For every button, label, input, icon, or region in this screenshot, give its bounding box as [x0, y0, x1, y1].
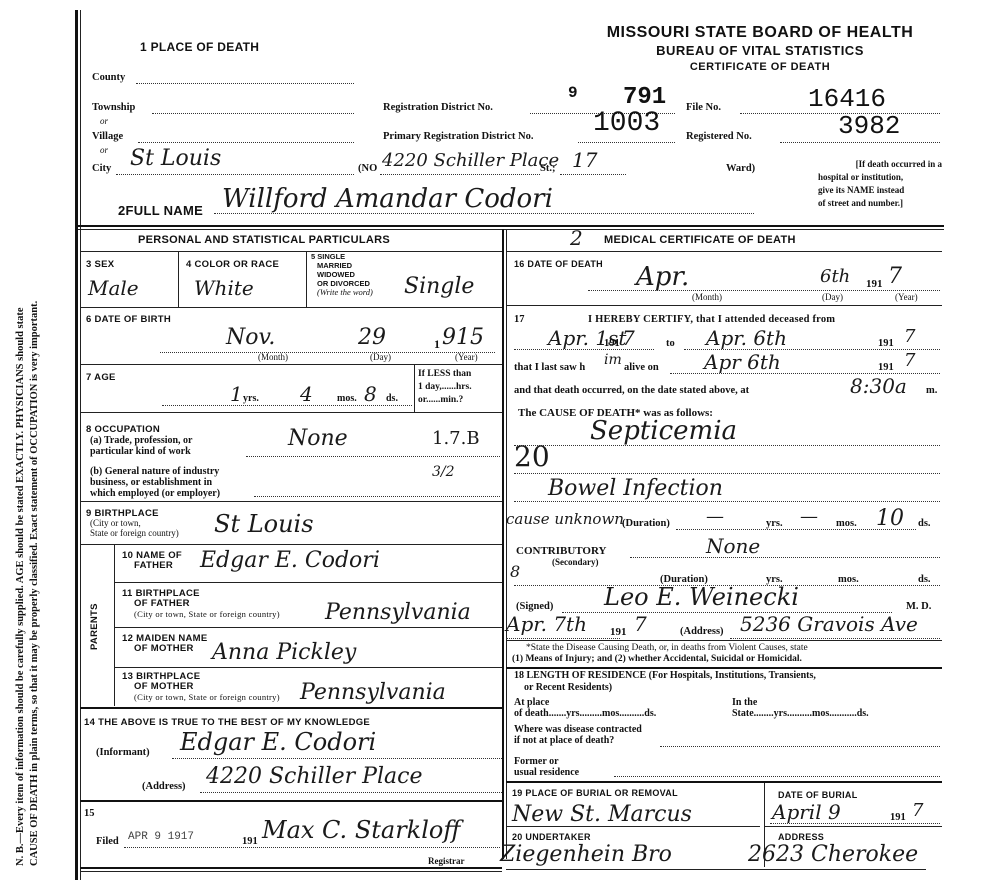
divider: [80, 364, 502, 365]
race-label: 4 COLOR OR RACE: [186, 259, 279, 270]
mother-maiden-line: OF MOTHER: [122, 644, 208, 654]
marital-label-write: (Write the word): [311, 288, 373, 297]
filed-stamp: APR 9 1917: [128, 831, 194, 843]
doctor-address-value: 5236 Gravois Ave: [740, 612, 918, 636]
duration-ds-label: ds.: [918, 518, 931, 529]
occupation-a-line: particular kind of work: [90, 446, 193, 457]
sidebar-note-line2: CAUSE OF DEATH in plain terms, so that i…: [28, 301, 41, 866]
place-of-death-label: 1 PLACE OF DEATH: [140, 40, 259, 54]
divider: [80, 501, 502, 502]
certify-text: I HEREBY CERTIFY, that I attended deceas…: [588, 314, 835, 325]
father-name-label: 10 NAME OF FATHER: [122, 551, 182, 571]
doctor-address-field[interactable]: [730, 637, 940, 639]
marital-label-widowed: WIDOWED: [311, 270, 373, 279]
hospital-note-line: of street and number.]: [818, 197, 942, 210]
township-label: Township: [92, 102, 135, 113]
occupation-b-code: 3/2: [432, 464, 455, 480]
divider: [506, 305, 942, 306]
dod-year: 7: [888, 264, 902, 289]
occupation-b-line: (b) General nature of industry: [90, 466, 220, 477]
last-saw-label: that I last saw h: [514, 362, 585, 373]
race-value: White: [194, 276, 254, 300]
duration-years: —: [706, 506, 724, 527]
filed-field[interactable]: [124, 846, 500, 848]
age-years: 1: [230, 382, 243, 406]
hospital-note-line: give its NAME instead: [818, 184, 942, 197]
occupation-label: 8 OCCUPATION: [86, 424, 160, 435]
at-place-line: At place: [514, 697, 656, 708]
village-label: Village: [92, 131, 123, 142]
primary-reg-label: Primary Registration District No.: [383, 131, 533, 142]
city-value: St Louis: [130, 146, 221, 171]
street-field[interactable]: [380, 173, 540, 175]
marital-labels: 5 SINGLE MARRIED WIDOWED OR DIVORCED (Wr…: [311, 252, 373, 297]
alive-on-label: alive on: [624, 362, 659, 373]
file-no-value: 16416: [808, 84, 886, 114]
burial-place-label: 19 PLACE OF BURIAL OR REMOVAL: [512, 788, 678, 798]
marital-value: Single: [404, 274, 474, 299]
birthplace-sub-line: (City or town,: [90, 518, 179, 528]
divider: [80, 867, 502, 869]
occupation-b-line: business, or establishment in: [90, 477, 220, 488]
duration-label: (Duration): [622, 518, 670, 529]
father-birthplace-value: Pennsylvania: [325, 600, 471, 625]
informant-value: Edgar E. Codori: [180, 728, 376, 756]
residence-at-place[interactable]: At place of death.......yrs.........mos.…: [514, 697, 656, 719]
marital-label-single: 5 SINGLE: [311, 252, 373, 261]
divider: [80, 412, 502, 413]
reg-district-prefix: 9: [568, 84, 578, 102]
signed-label: (Signed): [516, 601, 553, 612]
reg-district-value: 791: [623, 84, 666, 111]
file-no-label: File No.: [686, 102, 721, 113]
duration-days: 10: [876, 506, 904, 531]
duration-months: —: [800, 506, 818, 527]
mother-birthplace-line: (City or town, State or foreign country): [122, 692, 280, 702]
death-time-suffix: m.: [926, 385, 937, 396]
mother-maiden-label: 12 MAIDEN NAME OF MOTHER: [122, 634, 208, 654]
hospital-note-line: [If death occurred in a: [818, 158, 942, 171]
cause-note: cause unknown: [506, 510, 624, 528]
father-birthplace-label: 11 BIRTHPLACE OF FATHER (City or town, S…: [122, 589, 280, 619]
last-saw-date: Apr 6th: [704, 350, 781, 374]
contributory-label: CONTRIBUTORY: [516, 545, 606, 557]
undertaker-address-label: ADDRESS: [778, 832, 824, 842]
sex-value: Male: [88, 276, 139, 300]
occupation-a-value: None: [288, 426, 348, 451]
primary-reg-field[interactable]: [578, 141, 675, 143]
cause-secondary-line: Bowel Infection: [548, 476, 723, 501]
residence-label: 18 LENGTH OF RESIDENCE (For Hospitals, I…: [514, 670, 816, 694]
former-line: Former or: [514, 756, 579, 767]
dob-year: 915: [442, 325, 484, 350]
residence-label-line: or Recent Residents): [514, 682, 816, 694]
sidebar-note-line1: N. B.—Every item of information should b…: [14, 307, 27, 866]
mother-maiden-value: Anna Pickley: [212, 640, 356, 665]
informant-field[interactable]: [172, 757, 502, 759]
contracted-line: if not at place of death?: [514, 735, 642, 746]
age-days: 8: [364, 382, 377, 406]
attended-to: Apr. 6th: [706, 326, 787, 350]
dod-day: 6th: [820, 266, 850, 287]
contracted-label: Where was disease contracted if not at p…: [514, 724, 642, 746]
reg-district-label: Registration District No.: [383, 102, 493, 113]
dod-day-caption: (Day): [822, 292, 843, 302]
former-residence-field[interactable]: [614, 775, 940, 777]
full-name-label: 2FULL NAME: [118, 203, 203, 218]
form-left-border: [75, 10, 78, 880]
attended-from-year-prefix: 191: [604, 338, 620, 349]
city-field[interactable]: [116, 173, 354, 175]
divider: [80, 544, 502, 545]
occupation-a-field[interactable]: [246, 455, 500, 457]
less-than-line: 1 day,......hrs.: [418, 381, 472, 394]
cause-primary: Septicemia: [590, 416, 737, 446]
contributory-value: None: [706, 534, 760, 558]
divider: [764, 826, 942, 827]
divider: [114, 667, 502, 668]
footnote-line: *State the Disease Causing Death, or, in…: [512, 643, 942, 654]
divider: [506, 640, 942, 641]
registered-no-label: Registered No.: [686, 131, 752, 142]
registered-no-field[interactable]: [780, 141, 940, 143]
former-residence-label: Former or usual residence: [514, 756, 579, 778]
dod-month-caption: (Month): [692, 292, 722, 302]
occupation-b-label: (b) General nature of industry business,…: [90, 466, 220, 499]
birthplace-sub-line: State or foreign country): [90, 528, 179, 538]
marital-label-married: MARRIED: [311, 261, 373, 270]
attended-from-year: 7: [622, 326, 635, 350]
divider: [414, 364, 415, 412]
undertaker-label: 20 UNDERTAKER: [512, 832, 591, 842]
occupation-a-label: (a) Trade, profession, or particular kin…: [90, 435, 193, 457]
or-label-1: or: [100, 116, 108, 126]
occupation-a-code: 1.7.B: [432, 428, 480, 449]
form-left-border-inner: [80, 10, 81, 880]
divider: [506, 869, 926, 870]
street-value: 4220 Schiller Place: [382, 150, 559, 171]
certify-number: 17: [514, 314, 525, 325]
residence-in-state[interactable]: In the State........yrs..........mos....…: [732, 697, 869, 719]
cause-line-2[interactable]: [514, 472, 940, 474]
dod-year-prefix: 191: [866, 278, 883, 290]
divider: [506, 667, 942, 669]
filed-year-prefix: 191: [242, 836, 258, 847]
informant-label: (Informant): [96, 747, 150, 758]
mother-birthplace-line: OF MOTHER: [122, 682, 280, 692]
column-divider: [502, 229, 504, 859]
at-place-line: of death.......yrs.........mos..........…: [514, 708, 656, 719]
informant-statement: 14 THE ABOVE IS TRUE TO THE BEST OF MY K…: [84, 717, 370, 728]
attended-to-year-prefix: 191: [878, 338, 894, 349]
doctor-address-label: (Address): [680, 626, 724, 637]
residence-label-line: 18 LENGTH OF RESIDENCE (For Hospitals, I…: [514, 670, 816, 682]
divider: [506, 826, 760, 827]
last-saw-pronoun: im: [604, 352, 622, 368]
father-name-label-line: FATHER: [122, 561, 182, 571]
undertaker-value: Ziegenhein Bro: [500, 842, 672, 867]
street-no-label: (NO: [358, 163, 377, 174]
full-name-value: Willford Amandar Codori: [222, 184, 553, 214]
divider: [114, 582, 502, 583]
less-than-line: or......min.?: [418, 394, 472, 407]
occupation-b-field[interactable]: [254, 495, 500, 497]
parents-side-label: PARENTS: [89, 603, 100, 650]
cause-line-3[interactable]: [514, 500, 940, 502]
contracted-field[interactable]: [660, 745, 940, 747]
father-name-value: Edgar E. Codori: [200, 548, 380, 573]
dod-month: Apr.: [636, 262, 689, 292]
header-doc-type: CERTIFICATE OF DEATH: [560, 61, 960, 73]
contributory-mos-label: mos.: [838, 574, 859, 585]
dob-field[interactable]: [160, 351, 495, 353]
dob-year-prefix: 1: [434, 337, 440, 352]
ward-value: 17: [572, 148, 597, 172]
father-birthplace-line: OF FATHER: [122, 599, 280, 609]
cause-code: 20: [514, 440, 550, 473]
year-caption: (Year): [455, 352, 478, 362]
occupation-b-line: which employed (or employer): [90, 488, 220, 499]
signed-date-field[interactable]: [506, 637, 620, 639]
hospital-note: [If death occurred in a hospital or inst…: [818, 158, 942, 210]
age-label: 7 AGE: [86, 372, 116, 383]
township-field[interactable]: [152, 112, 354, 114]
or-label-2: or: [100, 145, 108, 155]
registered-no-value: 3982: [838, 111, 900, 141]
informant-address-label: (Address): [142, 781, 186, 792]
city-label: City: [92, 163, 111, 174]
divider: [506, 251, 942, 252]
attended-to-year: 7: [904, 326, 915, 347]
mother-birthplace-value: Pennsylvania: [300, 680, 446, 705]
divider: [178, 251, 179, 307]
dod-year-caption: (Year): [895, 292, 918, 302]
burial-place-value: New St. Marcus: [512, 802, 692, 827]
medical-section-number: 2: [570, 226, 583, 250]
divider: [506, 781, 942, 783]
in-state-line: In the: [732, 697, 869, 708]
burial-year-prefix: 191: [890, 812, 906, 823]
signed-value: Leo E. Weinecki: [604, 583, 799, 611]
county-label: County: [92, 72, 125, 83]
age-yrs-label: yrs.: [243, 393, 259, 404]
divider: [78, 225, 944, 227]
registrar-signature: Max C. Starkloff: [262, 816, 460, 844]
less-than-block: If LESS than 1 day,......hrs. or......mi…: [418, 368, 472, 407]
former-line: usual residence: [514, 767, 579, 778]
birthplace-value: St Louis: [214, 510, 314, 538]
duration-yrs-label: yrs.: [766, 518, 783, 529]
village-field[interactable]: [138, 141, 354, 143]
last-saw-year-prefix: 191: [878, 362, 894, 373]
divider: [80, 251, 502, 252]
dob-label: 6 DATE OF BIRTH: [86, 314, 171, 325]
day-caption: (Day): [370, 352, 391, 362]
divider: [114, 627, 502, 628]
contributory-mark: 8: [510, 562, 520, 581]
column-divider: [506, 229, 507, 859]
signed-date: Apr. 7th: [506, 612, 587, 636]
signed-year-prefix: 191: [610, 626, 627, 638]
dob-day: 29: [358, 325, 386, 350]
month-caption: (Month): [258, 352, 288, 362]
medical-footnote: *State the Disease Causing Death, or, in…: [512, 643, 942, 665]
md-label: M. D.: [906, 601, 931, 612]
divider: [80, 800, 502, 802]
mother-birthplace-label: 13 BIRTHPLACE OF MOTHER (City or town, S…: [122, 672, 280, 702]
ward-field[interactable]: [560, 173, 626, 175]
birthplace-sub: (City or town, State or foreign country): [90, 518, 179, 538]
registrar-label: Registrar: [428, 856, 464, 866]
death-time-value: 8:30a: [850, 374, 907, 398]
in-state-line: State........yrs..........mos...........…: [732, 708, 869, 719]
signed-year: 7: [634, 612, 647, 636]
age-mos-label: mos.: [337, 393, 357, 404]
parents-divider: [114, 544, 115, 706]
burial-year: 7: [912, 800, 923, 821]
footnote-line: (1) Means of Injury; and (2) whether Acc…: [512, 654, 942, 665]
duration-mos-label: mos.: [836, 518, 857, 529]
divider: [80, 871, 502, 872]
death-time-label: and that death occurred, on the date sta…: [514, 385, 749, 396]
burial-date-label: DATE OF BURIAL: [778, 790, 858, 800]
informant-address-field[interactable]: [200, 791, 502, 793]
personal-section-label: PERSONAL AND STATISTICAL PARTICULARS: [138, 234, 390, 246]
contributory-sub: (Secondary): [552, 557, 599, 567]
age-ds-label: ds.: [386, 393, 398, 404]
contracted-line: Where was disease contracted: [514, 724, 642, 735]
to-label: to: [666, 338, 675, 349]
header: MISSOURI STATE BOARD OF HEALTH BUREAU OF…: [560, 24, 960, 73]
dob-month: Nov.: [226, 325, 275, 350]
divider: [80, 707, 502, 709]
filed-label: Filed: [96, 836, 119, 847]
header-title: MISSOURI STATE BOARD OF HEALTH: [560, 24, 960, 42]
street-st-label: St.;: [540, 163, 555, 174]
hospital-note-line: hospital or institution,: [818, 171, 942, 184]
contributory-field[interactable]: [630, 556, 940, 558]
father-birthplace-line: (City or town, State or foreign country): [122, 609, 280, 619]
medical-section-label: MEDICAL CERTIFICATE OF DEATH: [604, 234, 796, 246]
occupation-a-line: (a) Trade, profession, or: [90, 435, 193, 446]
last-saw-year: 7: [904, 350, 915, 371]
undertaker-address-value: 2623 Cherokee: [748, 842, 918, 867]
burial-date-value: April 9: [772, 800, 841, 824]
header-subtitle: BUREAU OF VITAL STATISTICS: [560, 43, 960, 58]
divider: [78, 229, 944, 230]
divider: [306, 251, 307, 307]
filing-number: 15: [84, 808, 95, 819]
informant-address-value: 4220 Schiller Place: [206, 764, 422, 789]
county-field[interactable]: [136, 82, 354, 84]
dod-label: 16 DATE OF DEATH: [514, 259, 603, 269]
divider: [80, 307, 502, 308]
less-than-line: If LESS than: [418, 368, 472, 381]
ward-label: Ward): [726, 163, 755, 174]
sex-label: 3 SEX: [86, 259, 114, 270]
age-months: 4: [300, 382, 313, 406]
primary-reg-value: 1003: [593, 108, 660, 139]
contributory-ds-label: ds.: [918, 574, 931, 585]
